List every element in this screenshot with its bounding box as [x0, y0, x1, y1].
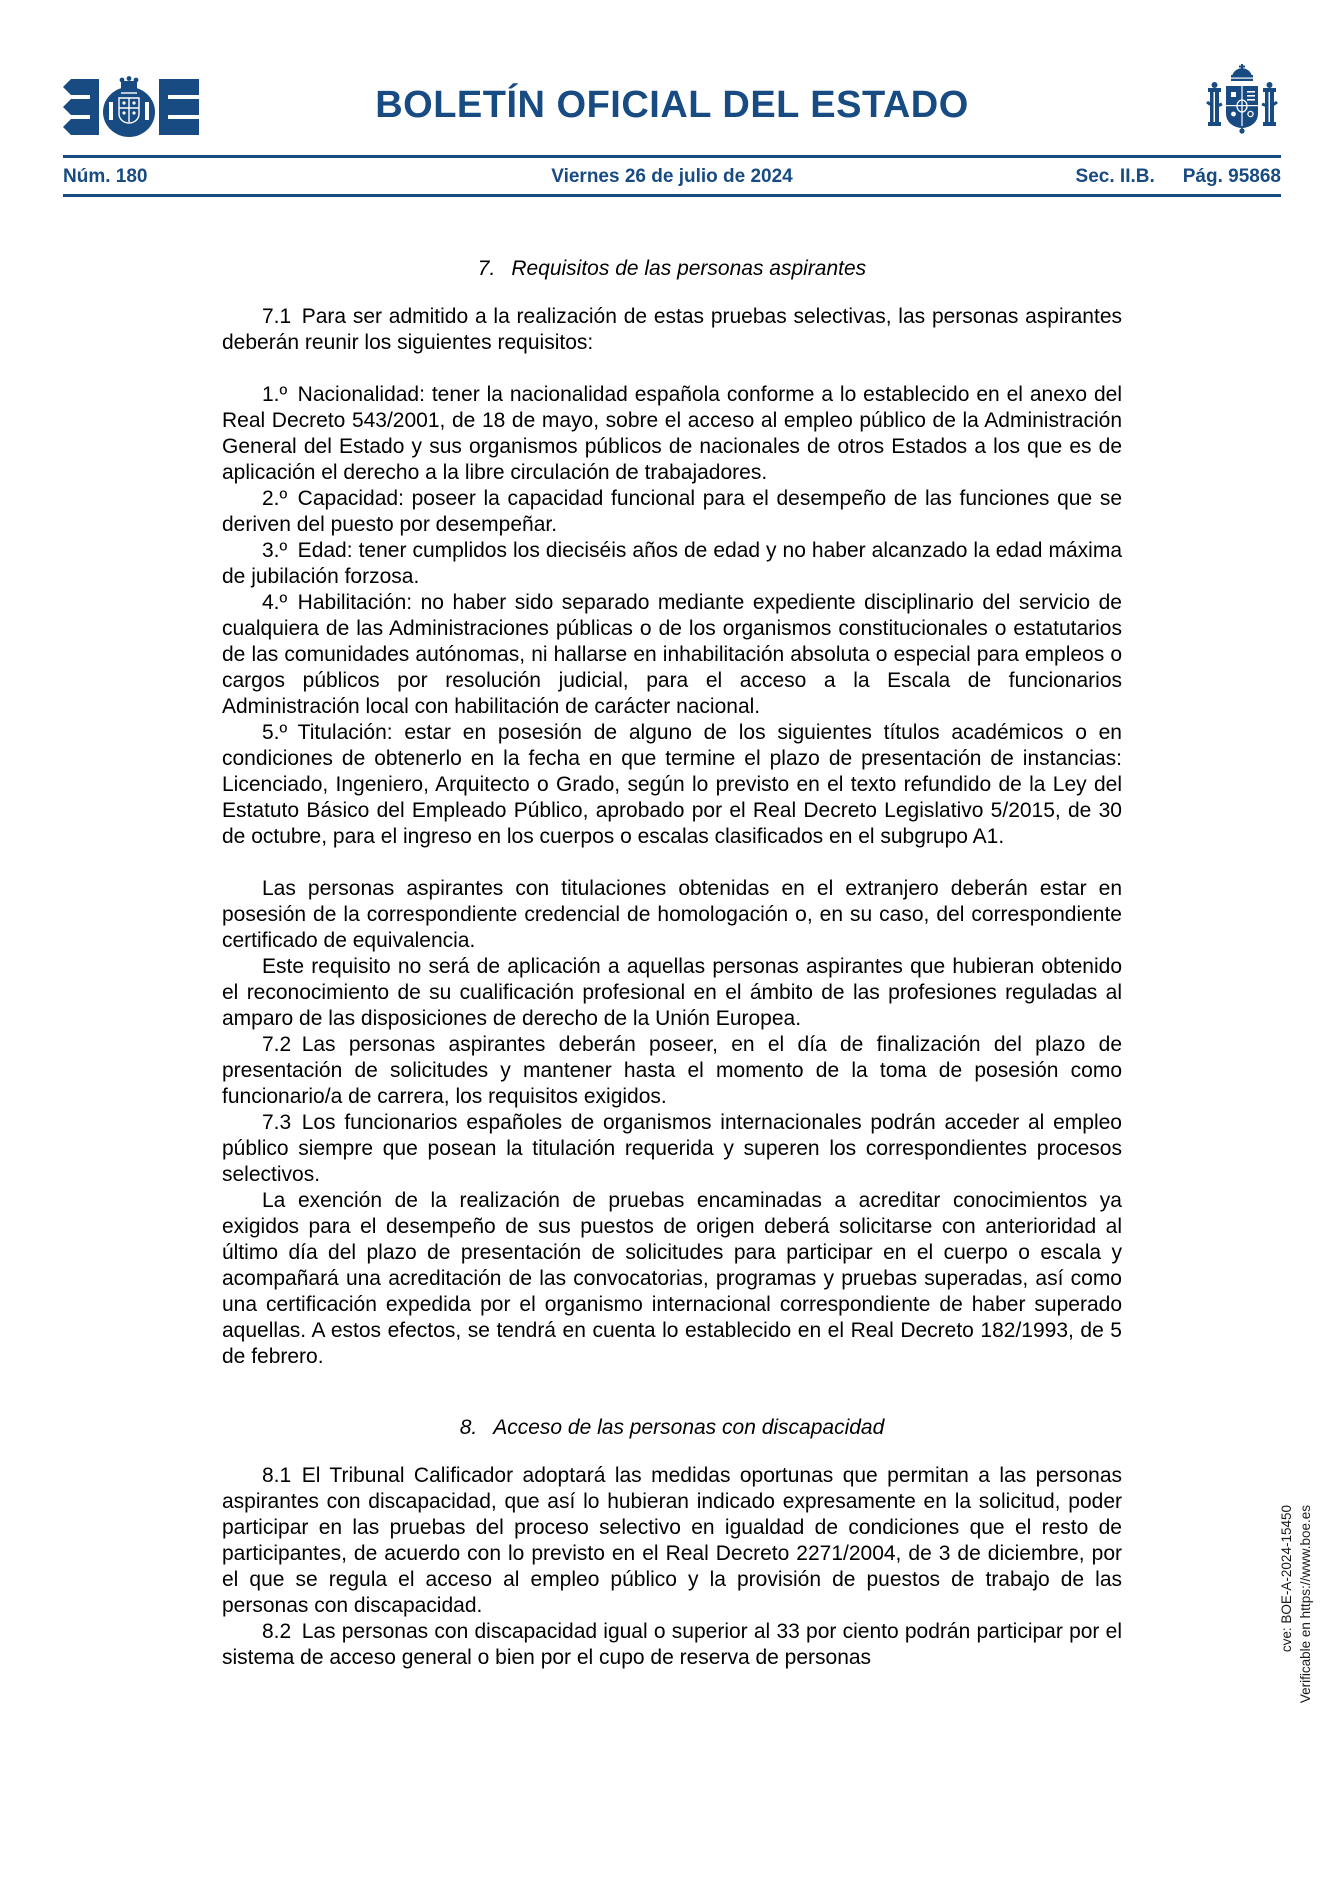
paragraph: Las personas aspirantes con titulaciones… [222, 876, 1122, 954]
header-meta-row: Núm. 180 Viernes 26 de julio de 2024 Sec… [63, 163, 1281, 191]
paragraph: 4.º Habilitación: no haber sido separado… [222, 590, 1122, 720]
paragraph: 1.º Nacionalidad: tener la nacionalidad … [222, 382, 1122, 486]
issue-number: Núm. 180 [63, 166, 147, 188]
section-heading: 7.Requisitos de las personas aspirantes [222, 256, 1122, 282]
paragraph: 2.º Capacidad: poseer la capacidad funci… [222, 486, 1122, 538]
spain-coat-of-arms-icon [1204, 64, 1280, 148]
paragraph: 8.1 El Tribunal Calificador adoptará las… [222, 1463, 1122, 1619]
cve-label: cve: BOE-A-2024-15450 [1277, 1505, 1296, 1755]
paragraph: La exención de la realización de pruebas… [222, 1188, 1122, 1370]
paragraph: 7.1 Para ser admitido a la realización d… [222, 304, 1122, 356]
section-heading-number: 7. [478, 257, 496, 280]
page-title: BOLETÍN OFICIAL DEL ESTADO [0, 84, 1344, 127]
section-heading: 8.Acceso de las personas con discapacida… [222, 1415, 1122, 1441]
verification-label: Verificable en https://www.boe.es [1296, 1505, 1315, 1755]
section-heading-text: Acceso de las personas con discapacidad [493, 1416, 884, 1439]
issue-date: Viernes 26 de julio de 2024 [551, 166, 793, 188]
paragraph: 8.2 Las personas con discapacidad igual … [222, 1619, 1122, 1671]
header-rule-top [63, 155, 1281, 158]
header-rule-bottom [63, 194, 1281, 197]
paragraph: 3.º Edad: tener cumplidos los dieciséis … [222, 538, 1122, 590]
paragraph: 5.º Titulación: estar en posesión de alg… [222, 720, 1122, 850]
document-body: 7.Requisitos de las personas aspirantes7… [222, 256, 1122, 1671]
verification-side-text: cve: BOE-A-2024-15450 Verificable en htt… [1277, 1505, 1315, 1755]
paragraph: Este requisito no será de aplicación a a… [222, 954, 1122, 1032]
paragraph: 7.2 Las personas aspirantes deberán pose… [222, 1032, 1122, 1110]
section-label: Sec. II.B. [1076, 166, 1155, 188]
section-heading-number: 8. [460, 1416, 478, 1439]
section-heading-text: Requisitos de las personas aspirantes [511, 257, 866, 280]
page-number: Pág. 95868 [1183, 166, 1281, 188]
paragraph: 7.3 Los funcionarios españoles de organi… [222, 1110, 1122, 1188]
